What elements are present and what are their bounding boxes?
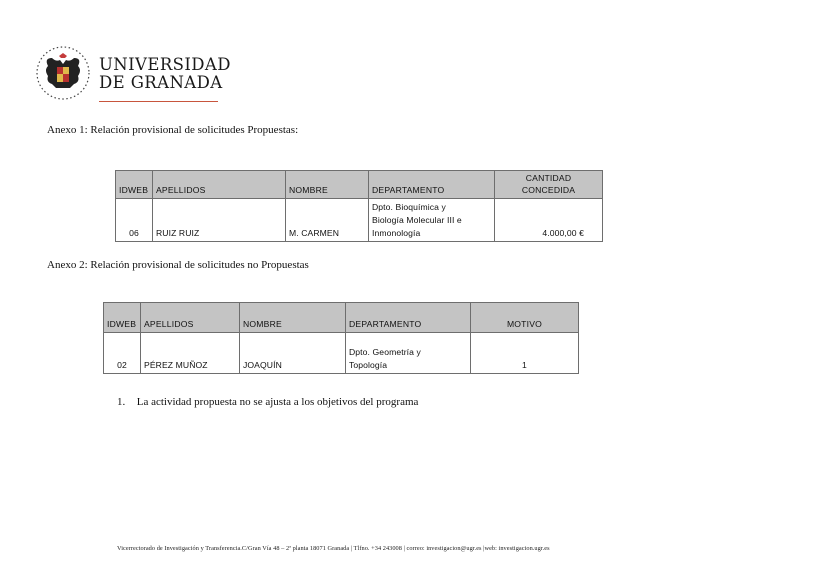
col-idweb: IDWEB xyxy=(116,171,153,199)
university-seal-icon xyxy=(34,44,92,102)
annex1-title: Anexo 1: Relación provisional de solicit… xyxy=(47,124,298,136)
dept-line: Topología xyxy=(349,359,467,372)
dept-line: Dpto. Bioquímica y xyxy=(372,201,491,214)
cell-motivo: 1 xyxy=(471,333,579,374)
table-header-row: IDWEB APELLIDOS NOMBRE DEPARTAMENTO MOTI… xyxy=(104,303,579,333)
col-idweb: IDWEB xyxy=(104,303,141,333)
cell-nombre: M. CARMEN xyxy=(286,199,369,242)
dept-line: Dpto. Geometría y xyxy=(349,346,467,359)
col-cantidad-concedida: CANTIDAD CONCEDIDA xyxy=(495,171,603,199)
cell-cantidad: 4.000,00 € xyxy=(495,199,603,242)
proposed-requests-table: IDWEB APELLIDOS NOMBRE DEPARTAMENTO CANT… xyxy=(115,170,603,242)
cell-departamento: Dpto. Geometría y Topología xyxy=(346,333,471,374)
table-row: 02 PÉREZ MUÑOZ JOAQUÍN Dpto. Geometría y… xyxy=(104,333,579,374)
cell-apellidos: RUIZ RUIZ xyxy=(153,199,286,242)
dept-line: Inmonología xyxy=(372,227,491,240)
dept-line: Biología Molecular III e xyxy=(372,214,491,227)
col-departamento: DEPARTAMENTO xyxy=(346,303,471,333)
note-number: 1. xyxy=(117,396,134,408)
cell-idweb: 06 xyxy=(116,199,153,242)
col-apellidos: APELLIDOS xyxy=(141,303,240,333)
university-logo: UNIVERSIDAD DE GRANADA xyxy=(34,44,224,104)
annex2-title: Anexo 2: Relación provisional de solicit… xyxy=(47,259,309,271)
university-wordmark: UNIVERSIDAD DE GRANADA xyxy=(99,56,231,102)
cell-departamento: Dpto. Bioquímica y Biología Molecular II… xyxy=(369,199,495,242)
wordmark-line1: UNIVERSIDAD xyxy=(99,56,231,74)
col-motivo: MOTIVO xyxy=(471,303,579,333)
reason-note: 1. La actividad propuesta no se ajusta a… xyxy=(117,396,418,408)
cell-idweb: 02 xyxy=(104,333,141,374)
table-header-row: IDWEB APELLIDOS NOMBRE DEPARTAMENTO CANT… xyxy=(116,171,603,199)
cell-apellidos: PÉREZ MUÑOZ xyxy=(141,333,240,374)
col-nombre: NOMBRE xyxy=(286,171,369,199)
table-row: 06 RUIZ RUIZ M. CARMEN Dpto. Bioquímica … xyxy=(116,199,603,242)
col-cantidad-label: CANTIDAD CONCEDIDA xyxy=(519,172,579,196)
wordmark-line2: DE GRANADA xyxy=(99,74,231,92)
cell-nombre: JOAQUÍN xyxy=(240,333,346,374)
note-text: La actividad propuesta no se ajusta a lo… xyxy=(137,396,419,408)
col-nombre: NOMBRE xyxy=(240,303,346,333)
wordmark-underline xyxy=(99,101,218,102)
rejected-requests-table: IDWEB APELLIDOS NOMBRE DEPARTAMENTO MOTI… xyxy=(103,302,579,374)
page-footer: Vicerrectorado de Investigación y Transf… xyxy=(117,545,550,552)
col-departamento: DEPARTAMENTO xyxy=(369,171,495,199)
col-apellidos: APELLIDOS xyxy=(153,171,286,199)
